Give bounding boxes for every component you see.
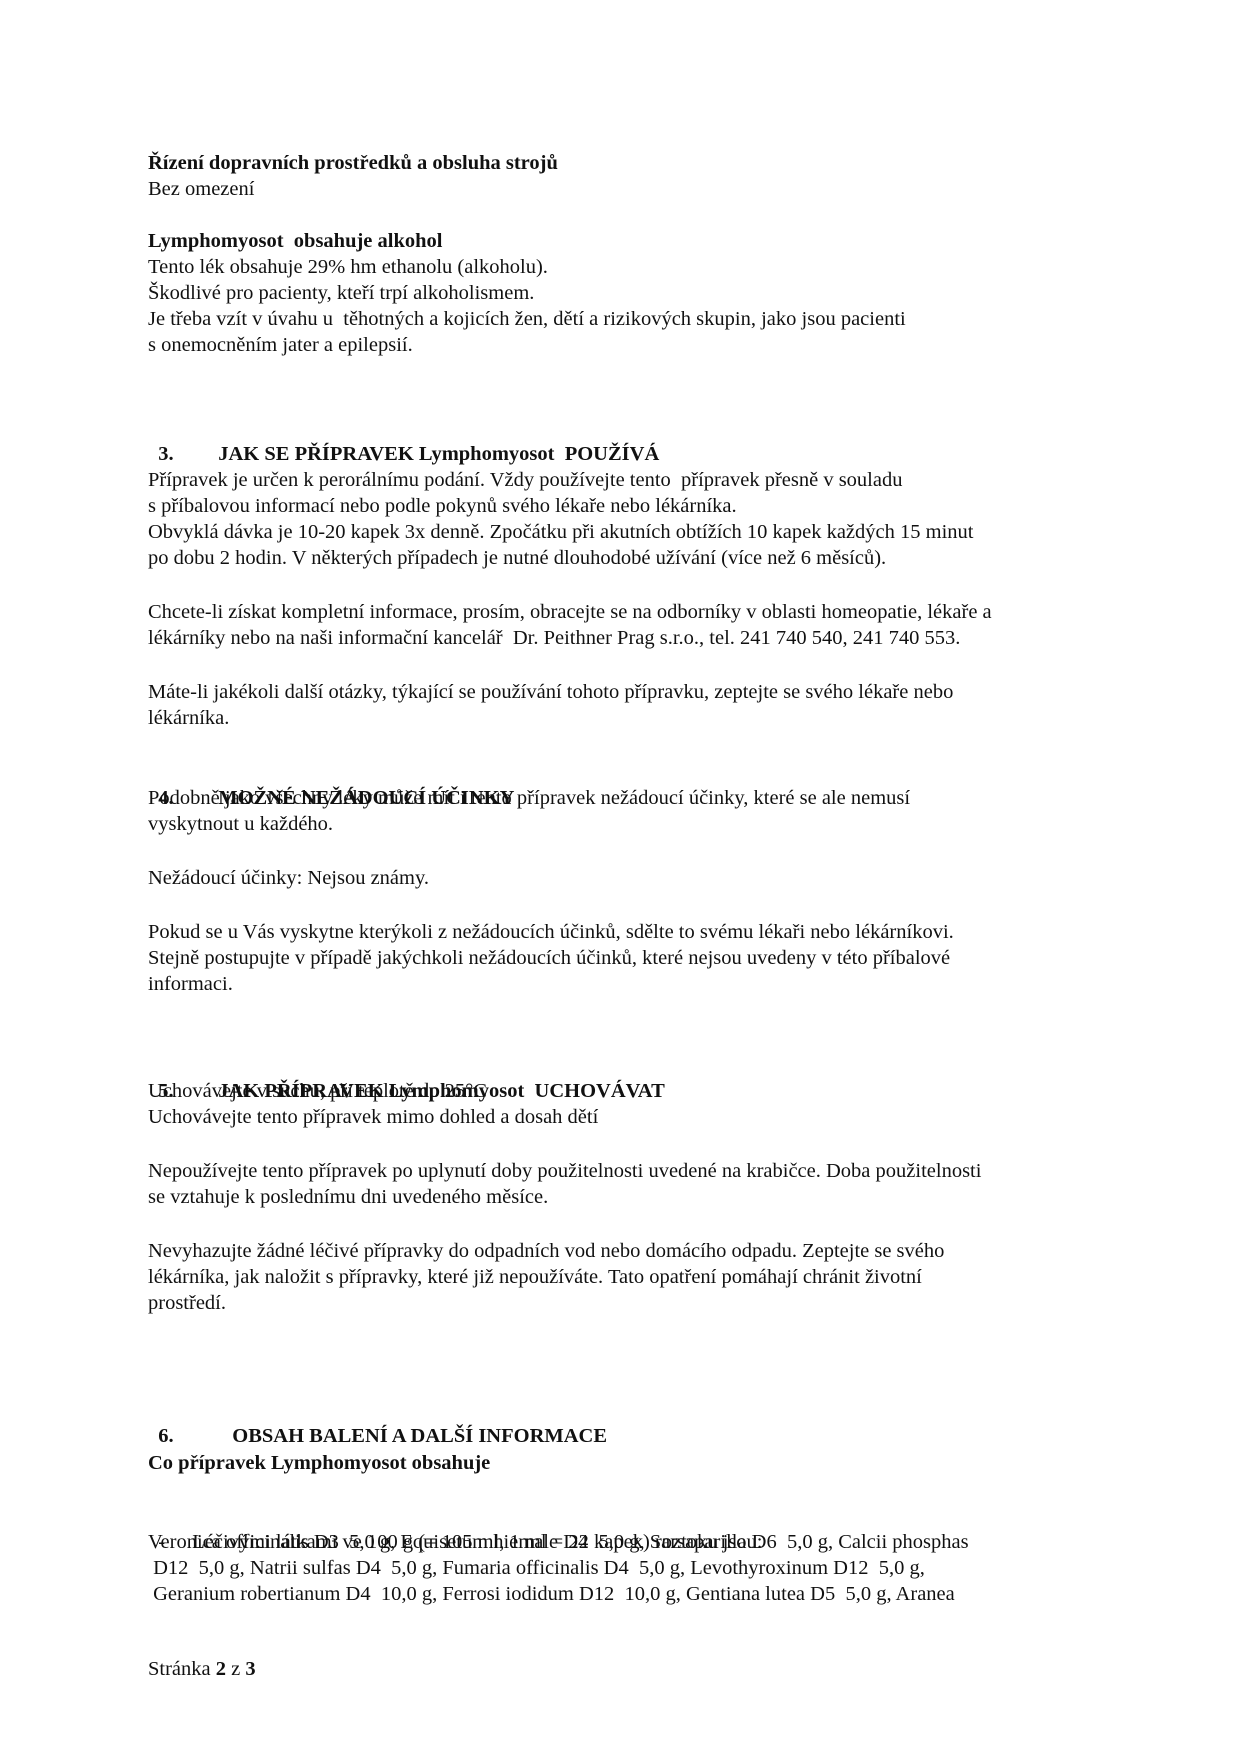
- section-3-text: Obvyklá dávka je 10-20 kapek 3x denně. Z…: [148, 519, 973, 545]
- driving-text: Bez omezení: [148, 176, 254, 202]
- page-sep: z: [231, 1658, 240, 1680]
- section-3-heading: 3.JAK SE PŘÍPRAVEK Lymphomyosot POUŽÍVÁ: [148, 415, 659, 467]
- section-5-text: se vztahuje k poslednímu dni uvedeného m…: [148, 1184, 548, 1210]
- section-5-text: Nevyhazujte žádné léčivé přípravky do od…: [148, 1238, 944, 1264]
- section-4-text: Pokud se u Vás vyskytne kterýkoli z nežá…: [148, 919, 954, 945]
- alcohol-line: Škodlivé pro pacienty, kteří trpí alkoho…: [148, 280, 534, 306]
- alcohol-line: Je třeba vzít v úvahu u těhotných a koji…: [148, 306, 906, 332]
- section-3-text: po dobu 2 hodin. V některých případech j…: [148, 545, 886, 571]
- section-5-text: Uchovávejte tento přípravek mimo dohled …: [148, 1104, 598, 1130]
- section-5-text: prostředí.: [148, 1290, 226, 1316]
- section-4-text: informaci.: [148, 971, 233, 997]
- section-4-text: Nežádoucí účinky: Nejsou známy.: [148, 865, 429, 891]
- section-5-text: Uchovávejte v suchu, při teplotě do 25°C: [148, 1078, 487, 1104]
- section-3-text: lékárníky nebo na naši informační kancel…: [148, 625, 960, 651]
- section-5-text: lékárníka, jak naložit s přípravky, kter…: [148, 1264, 922, 1290]
- section-number: 3.: [158, 441, 218, 467]
- page-total: 3: [245, 1658, 255, 1680]
- page-current: 2: [216, 1658, 226, 1680]
- section-3-text: s příbalovou informací nebo podle pokynů…: [148, 493, 737, 519]
- section-4-text: Podobně jako všechny léky může mít i ten…: [148, 785, 910, 811]
- section-3-text: Přípravek je určen k perorálnímu podání.…: [148, 467, 902, 493]
- section-title: JAK SE PŘÍPRAVEK Lymphomyosot POUŽÍVÁ: [218, 443, 659, 465]
- section-3-text: lékárníka.: [148, 705, 229, 731]
- section-4-text: vyskytnout u každého.: [148, 811, 333, 837]
- section-5-text: Nepoužívejte tento přípravek po uplynutí…: [148, 1158, 981, 1184]
- section-4-text: Stejně postupujte v případě jakýchkoli n…: [148, 945, 950, 971]
- section-number: 6.: [158, 1423, 232, 1449]
- section-6-subheading: Co přípravek Lymphomyosot obsahuje: [148, 1450, 490, 1476]
- alcohol-line: Tento lék obsahuje 29% hm ethanolu (alko…: [148, 254, 548, 280]
- section-3-text: Chcete-li získat kompletní informace, pr…: [148, 599, 992, 625]
- driving-heading: Řízení dopravních prostředků a obsluha s…: [148, 150, 558, 176]
- section-3-text: Máte-li jakékoli další otázky, týkající …: [148, 679, 953, 705]
- ingredients-line: Veronica officinalis D3 5,0 g, Equisetum…: [148, 1529, 969, 1555]
- alcohol-line: s onemocněním jater a epilepsií.: [148, 332, 413, 358]
- section-6-heading: 6.OBSAH BALENÍ A DALŠÍ INFORMACE: [148, 1397, 607, 1449]
- ingredients-line: D12 5,0 g, Natrii sulfas D4 5,0 g, Fumar…: [148, 1555, 925, 1581]
- page-footer: Stránka 2 z 3: [148, 1656, 256, 1682]
- section-title: OBSAH BALENÍ A DALŠÍ INFORMACE: [232, 1425, 607, 1447]
- ingredients-line: Geranium robertianum D4 10,0 g, Ferrosi …: [148, 1581, 955, 1607]
- page-label: Stránka: [148, 1658, 211, 1680]
- alcohol-heading: Lymphomyosot obsahuje alkohol: [148, 228, 442, 254]
